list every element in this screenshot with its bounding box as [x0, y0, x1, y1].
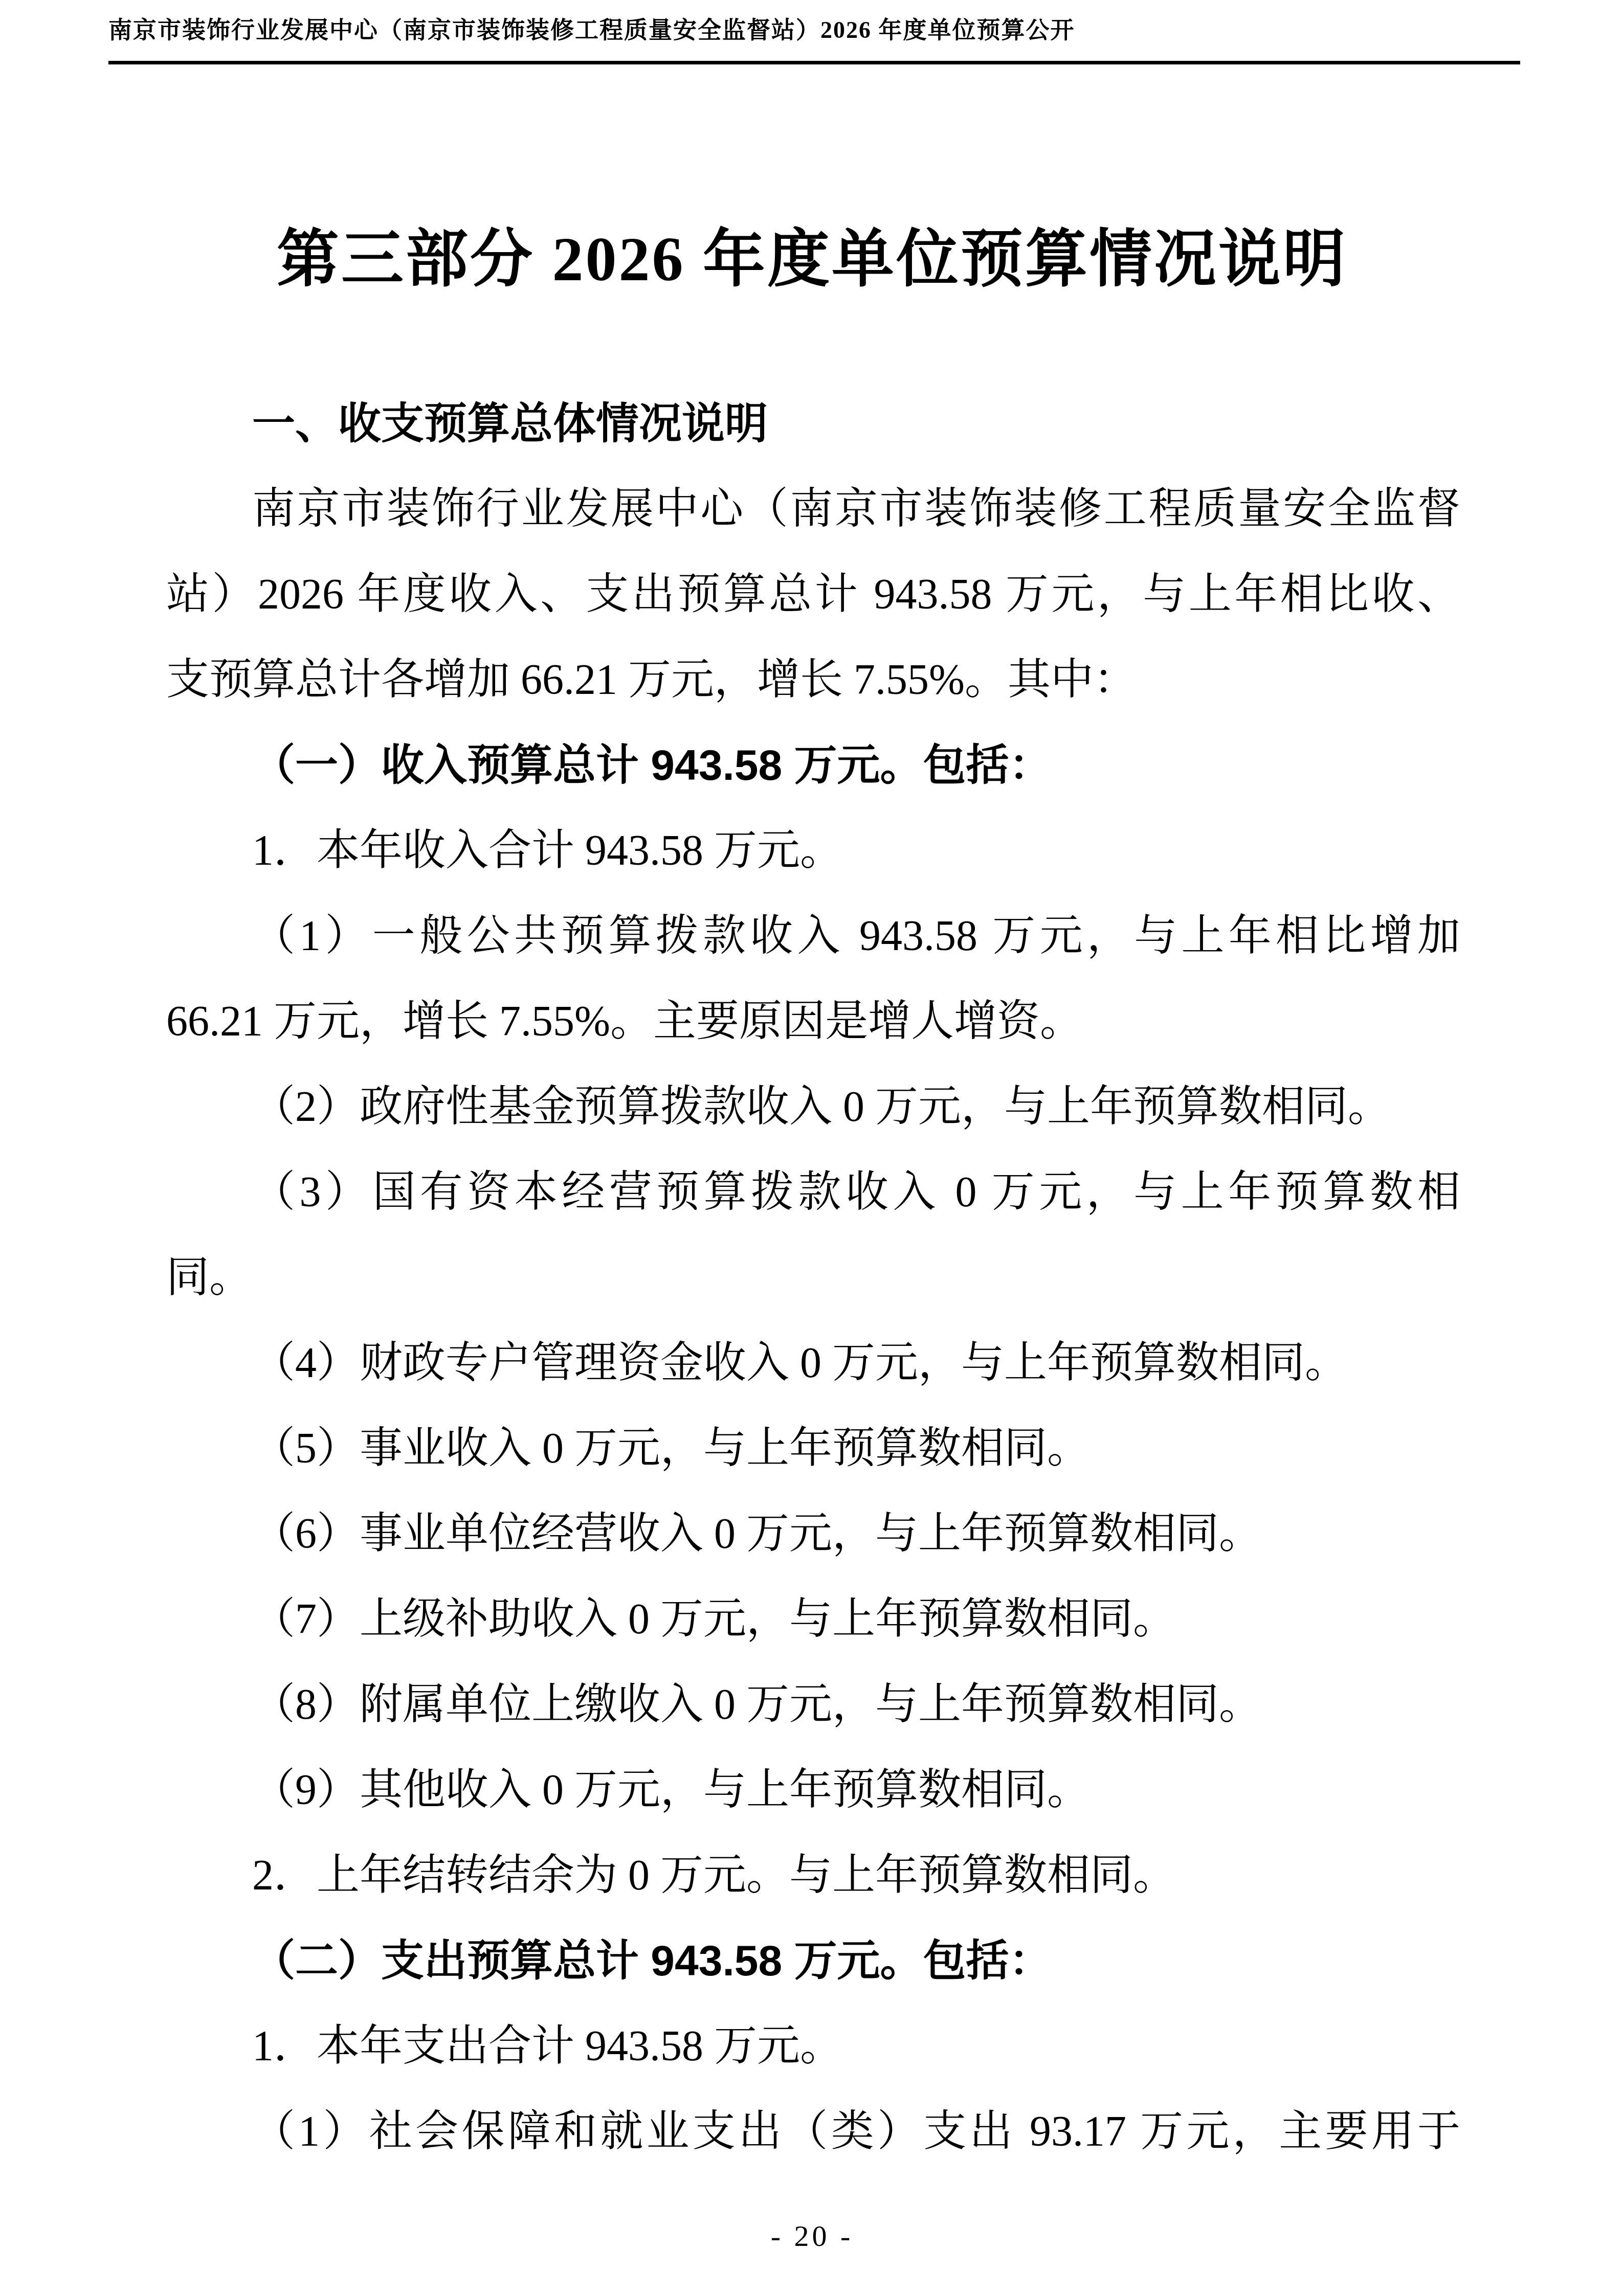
body-line: （8）附属单位上缴收入 0 万元，与上年预算数相同。	[166, 1662, 1460, 1747]
document-page: 南京市装饰行业发展中心（南京市装饰装修工程质量安全监督站）2026 年度单位预算…	[0, 0, 1624, 2296]
section-heading: 一、收支预算总体情况说明	[166, 381, 1460, 466]
body-line: 1．本年支出合计 943.58 万元。	[166, 2004, 1460, 2089]
body-line: （1）社会保障和就业支出（类）支出 93.17 万元，主要用于	[166, 2089, 1460, 2174]
body-line: （二）支出预算总计 943.58 万元。包括：	[166, 1918, 1460, 2004]
body-line: （5）事业收入 0 万元，与上年预算数相同。	[166, 1406, 1460, 1491]
document-body: 一、收支预算总体情况说明 南京市装饰行业发展中心（南京市装饰装修工程质量安全监督…	[166, 381, 1460, 2174]
body-line: （7）上级补助收入 0 万元，与上年预算数相同。	[166, 1577, 1460, 1662]
body-line: 1．本年收入合计 943.58 万元。	[166, 808, 1460, 893]
document-title: 第三部分 2026 年度单位预算情况说明	[0, 209, 1624, 298]
body-line: （2）政府性基金预算拨款收入 0 万元，与上年预算数相同。	[166, 1064, 1460, 1150]
body-line: （一）收入预算总计 943.58 万元。包括：	[166, 723, 1460, 808]
body-line: （9）其他收入 0 万元，与上年预算数相同。	[166, 1747, 1460, 1833]
body-line: 站）2026 年度收入、支出预算总计 943.58 万元，与上年相比收、	[166, 552, 1460, 637]
body-line: （1）一般公共预算拨款收入 943.58 万元，与上年相比增加	[166, 893, 1460, 979]
body-line: 支预算总计各增加 66.21 万元，增长 7.55%。其中：	[166, 637, 1460, 723]
body-line: 南京市装饰行业发展中心（南京市装饰装修工程质量安全监督	[166, 466, 1460, 552]
body-line: （3）国有资本经营预算拨款收入 0 万元，与上年预算数相	[166, 1150, 1460, 1235]
page-footer: - 20 -	[0, 2219, 1624, 2253]
header-divider	[108, 61, 1520, 64]
body-line: （6）事业单位经营收入 0 万元，与上年预算数相同。	[166, 1491, 1460, 1577]
page-number: - 20 -	[771, 2219, 854, 2253]
body-line: 2．上年结转结余为 0 万元。与上年预算数相同。	[166, 1833, 1460, 1918]
body-line: （4）财政专户管理资金收入 0 万元，与上年预算数相同。	[166, 1320, 1460, 1406]
body-line: 同。	[166, 1235, 1460, 1320]
body-line: 66.21 万元，增长 7.55%。主要原因是增人增资。	[166, 979, 1460, 1064]
page-header-text: 南京市装饰行业发展中心（南京市装饰装修工程质量安全监督站）2026 年度单位预算…	[108, 11, 1075, 45]
